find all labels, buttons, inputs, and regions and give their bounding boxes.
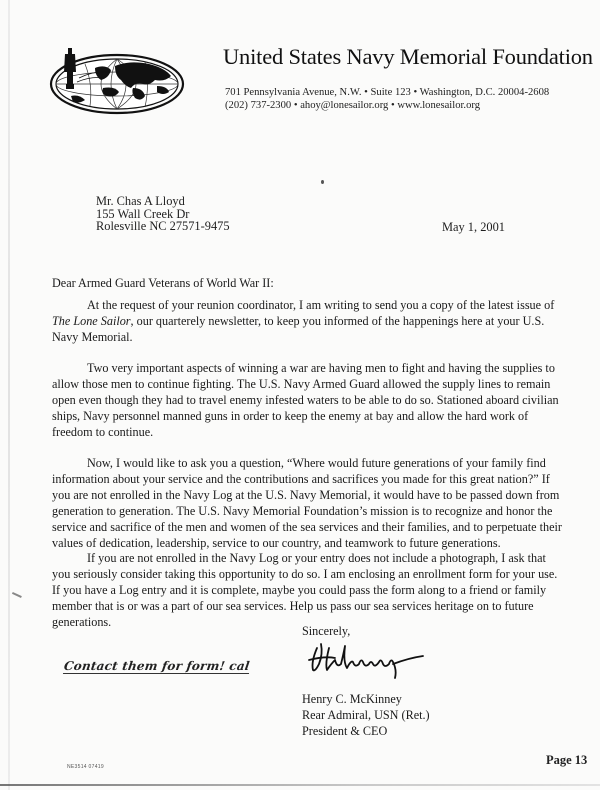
paragraph-line: generation to generation. The U.S. Navy … xyxy=(52,504,556,520)
paragraph-line: member that is or was a part of our sea … xyxy=(52,599,556,615)
organization-address: 701 Pennsylvania Avenue, N.W. • Suite 12… xyxy=(225,87,549,98)
paragraph-4: If you are not enrolled in the Navy Log … xyxy=(52,551,556,631)
margin-mark xyxy=(12,592,22,598)
signer-title: President & CEO xyxy=(302,723,430,739)
page-number: Page 13 xyxy=(546,753,587,768)
letter-date: May 1, 2001 xyxy=(442,220,505,235)
paragraph-line: The Lone Sailor, our quarterely newslett… xyxy=(52,314,556,330)
paragraph-line: open even though they had to travel enem… xyxy=(52,393,556,409)
paragraph-line: service and sacrifice of the men and wom… xyxy=(52,520,556,536)
scan-edge xyxy=(8,0,10,790)
paragraph-line: information about your service and the c… xyxy=(52,472,556,488)
paragraph-line: If you are not enrolled in the Navy Log … xyxy=(52,551,556,567)
paragraph-line: At the request of your reunion coordinat… xyxy=(52,298,556,314)
paragraph-line: values of dedication, leadership, servic… xyxy=(52,536,556,552)
form-code: NE3514 07419 xyxy=(67,764,104,770)
paragraph-line: you seriously consider taking this oppor… xyxy=(52,567,556,583)
scan-bottom-edge xyxy=(0,784,600,786)
paragraph-1: At the request of your reunion coordinat… xyxy=(52,298,556,346)
globe-lone-sailor-logo-icon xyxy=(45,42,185,117)
paragraph-line: allow those men to continue fighting. Th… xyxy=(52,377,556,393)
scan-speck xyxy=(321,180,324,184)
newsletter-title: The Lone Sailor xyxy=(52,314,131,328)
paragraph-3: Now, I would like to ask you a question,… xyxy=(52,456,556,551)
recipient-address: Mr. Chas A Lloyd 155 Wall Creek Dr Roles… xyxy=(96,195,230,233)
recipient-name: Mr. Chas A Lloyd xyxy=(96,195,230,208)
paragraph-line: freedom to continue. xyxy=(52,425,556,441)
organization-name: United States Navy Memorial Foundation xyxy=(223,44,593,70)
handwritten-note: Contact them for form! cal xyxy=(63,659,251,674)
paragraph-line: you are not enrolled in the Navy Log at … xyxy=(52,488,556,504)
signature-icon xyxy=(305,634,435,682)
paragraph-line: If you have a Log entry and it is comple… xyxy=(52,583,556,599)
paragraph-line: Navy Memorial. xyxy=(52,330,556,346)
paragraph-line: Now, I would like to ask you a question,… xyxy=(52,456,556,472)
paragraph-line: Two very important aspects of winning a … xyxy=(52,361,556,377)
recipient-city: Rolesville NC 27571-9475 xyxy=(96,220,230,233)
organization-contact: (202) 737-2300 • ahoy@lonesailor.org • w… xyxy=(225,100,480,111)
signer-name: Henry C. McKinney xyxy=(302,691,430,707)
paragraph-line: ships, Navy personnel manned guns in ord… xyxy=(52,409,556,425)
paragraph-2: Two very important aspects of winning a … xyxy=(52,361,556,441)
signer-rank: Rear Admiral, USN (Ret.) xyxy=(302,707,430,723)
salutation: Dear Armed Guard Veterans of World War I… xyxy=(52,276,274,291)
signer-block: Henry C. McKinney Rear Admiral, USN (Ret… xyxy=(302,691,430,739)
